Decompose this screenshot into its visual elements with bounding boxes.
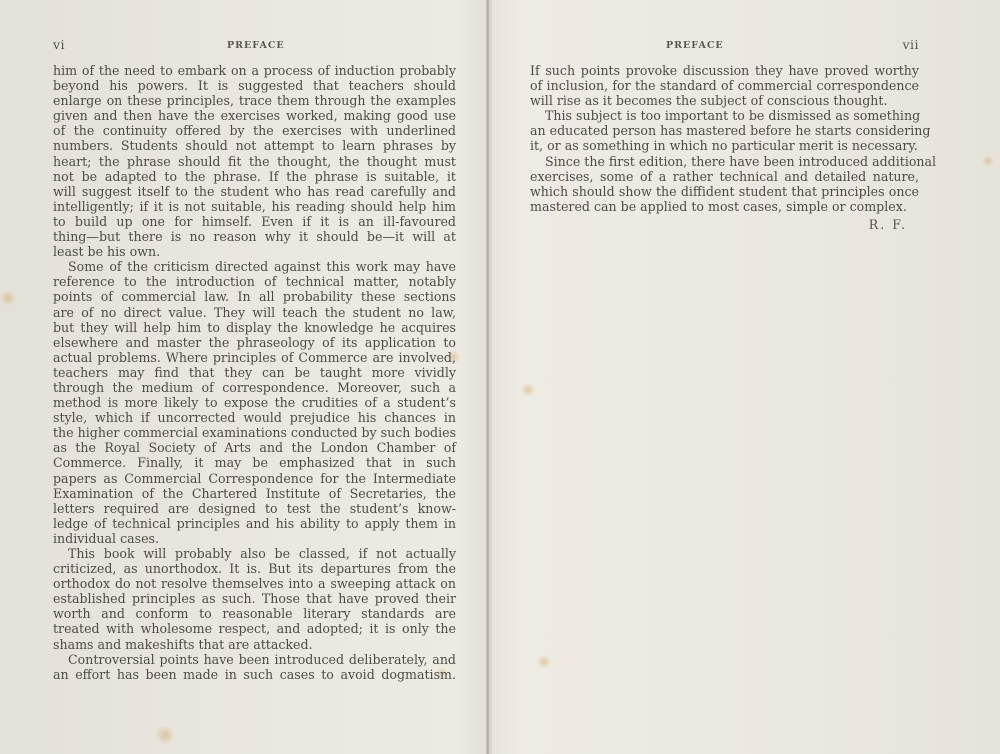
text-line: will suggest itself to the student who h… bbox=[53, 184, 456, 199]
text-line: points of commercial law. In all probabi… bbox=[53, 289, 456, 304]
text-line: If such points provoke discussion they h… bbox=[530, 63, 919, 78]
page-number: vii bbox=[902, 38, 919, 52]
text-line: given and then have the exercises worked… bbox=[53, 108, 456, 123]
text-line: heart; the phrase should fit the thought… bbox=[53, 154, 456, 169]
paragraph-start-line: This subject is too important to be dism… bbox=[530, 108, 919, 123]
foxing-spot bbox=[982, 155, 994, 167]
text-line: letters required are designed to test th… bbox=[53, 501, 456, 516]
page-body: him of the need to embark on a process o… bbox=[53, 63, 456, 682]
text-line: Examination of the Chartered Institute o… bbox=[53, 486, 456, 501]
page-number: vi bbox=[53, 38, 65, 52]
text-line: of inclusion, for the standard of commer… bbox=[530, 78, 919, 93]
text-line: enlarge on these principles, trace them … bbox=[53, 93, 456, 108]
text-line: an effort has been made in such cases to… bbox=[53, 667, 456, 682]
text-line: it, or as something in which no particul… bbox=[530, 138, 919, 153]
text-line: an educated person has mastered before h… bbox=[530, 123, 919, 138]
text-line: worth and conform to reasonable literary… bbox=[53, 606, 456, 621]
right-page: PREFACE vii If such points provoke discu… bbox=[530, 0, 919, 754]
author-signature: R. F. bbox=[530, 217, 919, 233]
text-line: method is more likely to expose the crud… bbox=[53, 395, 456, 410]
text-line: mastered can be applied to most cases, s… bbox=[530, 199, 919, 214]
text-line: not be adapted to the phrase. If the phr… bbox=[53, 169, 456, 184]
running-head-title: PREFACE bbox=[666, 39, 724, 53]
text-line: numbers. Students should not attempt to … bbox=[53, 138, 456, 153]
text-line: established principles as such. Those th… bbox=[53, 591, 456, 606]
running-head: PREFACE vii bbox=[530, 38, 919, 52]
text-line: intelligently; if it is not suitable, hi… bbox=[53, 199, 456, 214]
text-line: through the medium of correspondence. Mo… bbox=[53, 380, 456, 395]
text-line: as the Royal Society of Arts and the Lon… bbox=[53, 440, 456, 455]
text-line: beyond his powers. It is suggested that … bbox=[53, 78, 456, 93]
text-line: are of no direct value. They will teach … bbox=[53, 305, 456, 320]
text-line: but they will help him to display the kn… bbox=[53, 320, 456, 335]
text-line: to build up one for himself. Even if it … bbox=[53, 214, 456, 229]
running-head-title: PREFACE bbox=[227, 39, 285, 53]
text-line: individual cases. bbox=[53, 531, 456, 546]
paragraph-start-line: Since the first edition, there have been… bbox=[530, 154, 919, 169]
text-line: least be his own. bbox=[53, 244, 456, 259]
text-line: thing—but there is no reason why it shou… bbox=[53, 229, 456, 244]
text-line: ledge of technical principles and his ab… bbox=[53, 516, 456, 531]
text-line: treated with wholesome respect, and adop… bbox=[53, 621, 456, 636]
text-line: shams and makeshifts that are attacked. bbox=[53, 637, 456, 652]
paragraph-start-line: This book will probably also be classed,… bbox=[53, 546, 456, 561]
page-body: If such points provoke discussion they h… bbox=[530, 63, 919, 233]
text-line: elsewhere and master the phraseology of … bbox=[53, 335, 456, 350]
text-line: exercises, some of a rather technical an… bbox=[530, 169, 919, 184]
text-line: him of the need to embark on a process o… bbox=[53, 63, 456, 78]
running-head: vi PREFACE bbox=[53, 38, 456, 52]
text-line: Commerce. Finally, it may be emphasized … bbox=[53, 455, 456, 470]
text-line: actual problems. Where principles of Com… bbox=[53, 350, 456, 365]
book-gutter bbox=[486, 0, 489, 754]
text-line: style, which if uncorrected would prejud… bbox=[53, 410, 456, 425]
text-line: papers as Commercial Correspondence for … bbox=[53, 471, 456, 486]
text-line: criticized, as unorthodox. It is. But it… bbox=[53, 561, 456, 576]
book-spread: vi PREFACE him of the need to embark on … bbox=[0, 0, 1000, 754]
foxing-spot bbox=[0, 290, 16, 306]
text-line: the higher commercial examinations condu… bbox=[53, 425, 456, 440]
text-line: reference to the introduction of technic… bbox=[53, 274, 456, 289]
text-line: of the continuity offered by the exercis… bbox=[53, 123, 456, 138]
text-line: which should show the diffident student … bbox=[530, 184, 919, 199]
text-line: teachers may find that they can be taugh… bbox=[53, 365, 456, 380]
text-line: will rise as it becomes the subject of c… bbox=[530, 93, 919, 108]
paragraph-start-line: Some of the criticism directed against t… bbox=[53, 259, 456, 274]
left-page: vi PREFACE him of the need to embark on … bbox=[53, 0, 456, 754]
text-line: orthodox do not resolve themselves into … bbox=[53, 576, 456, 591]
paragraph-start-line: Controversial points have been introduce… bbox=[53, 652, 456, 667]
